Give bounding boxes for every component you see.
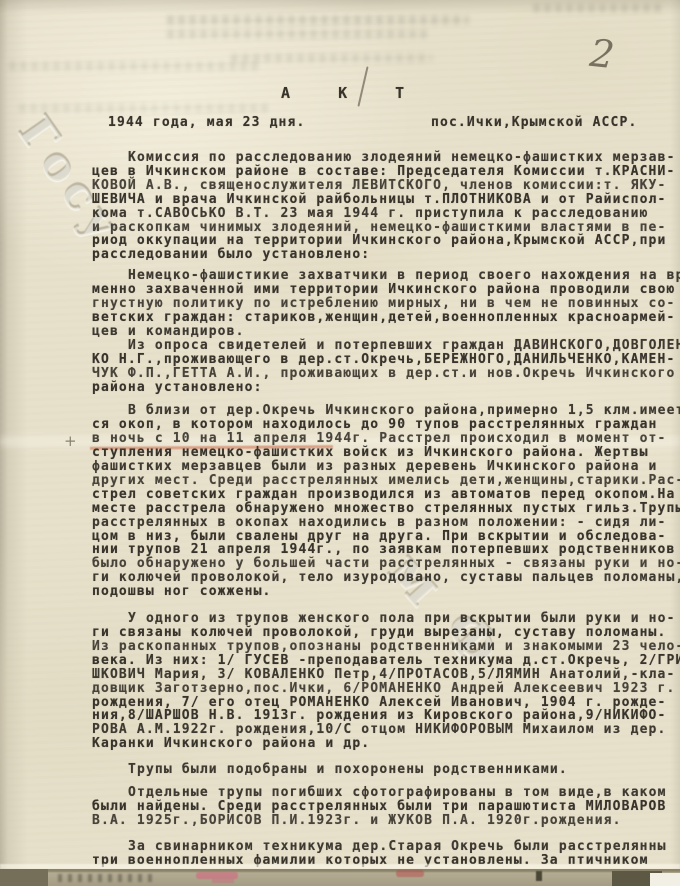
scanned-document-page: Госу м Ф А К Т 1944 года, мая 23 дня. по… <box>0 0 680 886</box>
red-ink-mark <box>396 870 424 877</box>
text-line: других мест. Среди расстрелянных имелись… <box>92 474 680 488</box>
text-line: рождения, 7/ его отец РОМАНЕНКО Алексей … <box>92 696 680 710</box>
text-line: довщик Заготзерно,пос.Ички, 6/РОМАНЕНКО … <box>92 682 680 696</box>
text-line: подошвы ног сожжены. <box>92 585 680 599</box>
faint-handwriting <box>58 874 154 882</box>
text-line: Трупы были подобраны и похоронены родств… <box>92 763 680 777</box>
text-line: За свинарником техникума дер.Старая Окре… <box>92 840 680 854</box>
text-line: были найдены. Среди расстрелянных были т… <box>92 800 680 814</box>
bleed-through-row <box>534 4 664 12</box>
text-line: ги связаны колючей проволокой, груди выр… <box>92 626 680 640</box>
bleed-through-row <box>168 30 426 38</box>
text-line: ШКОВИЧ Мария, 3/ КОВАЛЕНКО Петр,4/ПРОТАС… <box>92 668 680 682</box>
text-line: ния,8/ШАРШОВ Н.В. 1913г. рождения из Кир… <box>92 709 680 723</box>
document-date: 1944 года, мая 23 дня. <box>108 115 306 130</box>
text-line: менно захваченной ими территории Ичкинск… <box>92 283 680 297</box>
handwritten-page-number: 2 <box>588 31 617 77</box>
handwritten-plus-mark: + <box>64 432 77 450</box>
text-line: района установлено: <box>92 381 680 395</box>
text-line: кома т.САВОСЬКО В.Т. 23 мая 1944 г. прис… <box>92 207 680 221</box>
text-line: расследовании было установлено: <box>92 248 680 262</box>
text-line: Каранки Ичкинского района и др. <box>92 737 680 751</box>
text-line: В.А. 1925г.,БОРИСОВ П.И.1923г. и ЖУКОВ П… <box>92 814 680 828</box>
text-line: ступления немецко-фашистких войск из Ичк… <box>92 446 680 460</box>
text-line: расстрелянных в окопах находились в разн… <box>92 516 680 530</box>
text-line: века. Из них: 1/ ГУСЕВ -преподаватель те… <box>92 654 680 668</box>
text-line: фашистких мерзавцев были из разных дерев… <box>92 460 680 474</box>
paragraph: У одного из трупов женского пола при вск… <box>92 612 680 751</box>
text-line: Комиссия по расследованию злодеяний неме… <box>92 151 680 165</box>
text-line: и раскопкам чинимых злодеяний, немецко-ф… <box>92 221 680 235</box>
text-line: гнустную политику по истреблению мирных,… <box>92 297 680 311</box>
document-title: А К Т <box>281 84 414 102</box>
bleed-through-row <box>10 62 260 70</box>
text-line: ветских граждан: стариков,женщин,детей,в… <box>92 311 680 325</box>
bleed-through-row <box>168 16 468 24</box>
text-line: Отдельные трупы погибших сфотографирован… <box>92 786 680 800</box>
bleed-through-row <box>232 54 432 62</box>
bleed-through-row <box>20 104 270 112</box>
text-line: Из раскопанных трупов,опознаны родственн… <box>92 640 680 654</box>
text-line: цом в низ, были свалены друг на друга. П… <box>92 530 680 544</box>
pink-ink-mark <box>196 872 238 879</box>
text-line: КО Н.Г.,проживающего в дер.ст.Окречь,БЕР… <box>92 353 680 367</box>
text-line: КОВОЙ А.В., священослужителя ЛЕВИТСКОГО,… <box>92 179 680 193</box>
shadow-patch <box>0 869 48 886</box>
text-line: ШЕВИЧА и врача Ичкинской райбольницы т.П… <box>92 193 680 207</box>
paragraph: Отдельные трупы погибших сфотографирован… <box>92 786 680 828</box>
text-line: месте расстрела обнаружено множество стр… <box>92 502 680 516</box>
paragraph: В близи от дер.Окречь Ичкинского района,… <box>92 404 680 599</box>
text-line: было обнаружено у большей части расстрел… <box>92 557 680 571</box>
paragraph: Трупы были подобраны и похоронены родств… <box>92 763 680 777</box>
text-line: цев в Ичкинском районе в составе: Предсе… <box>92 165 680 179</box>
text-line: в ночь с 10 на 11 апреля 1944г. Расстрел… <box>92 432 680 446</box>
text-line: цев и командиров. <box>92 325 680 339</box>
text-line: РОВА А.М.1922г. рождения,10/С отцом НИКИ… <box>92 723 680 737</box>
text-line: В близи от дер.Окречь Ичкинского района,… <box>92 404 680 418</box>
document-place: пос.Ички,Крымской АССР. <box>431 115 637 130</box>
text-line: ся окоп, в котором находилось до 90 тупо… <box>92 418 680 432</box>
text-line: Из опроса свидетелей и потерпевших гражд… <box>92 339 680 353</box>
text-line: ги колючей проволокой, тело изуродовано,… <box>92 571 680 585</box>
paper-sliver <box>650 873 680 886</box>
text-line: стрел советских граждан производился из … <box>92 488 680 502</box>
paragraph: Немецко-фашистикие захватчики в период с… <box>92 269 680 339</box>
pink-ink-mark <box>212 879 234 883</box>
document-body: Комиссия по расследованию злодеяний неме… <box>92 151 680 868</box>
ink-tick-mark <box>536 871 542 881</box>
paragraph: Комиссия по расследованию злодеяний неме… <box>92 151 680 262</box>
text-line: ЧУК Ф.П.,ГЕТТА А.И., проживающих в дер.с… <box>92 367 680 381</box>
underlying-page-strip <box>0 869 680 886</box>
paragraph: Из опроса свидетелей и потерпевших гражд… <box>92 339 680 395</box>
text-line: У одного из трупов женского пола при вск… <box>92 612 680 626</box>
text-line: Немецко-фашистикие захватчики в период с… <box>92 269 680 283</box>
